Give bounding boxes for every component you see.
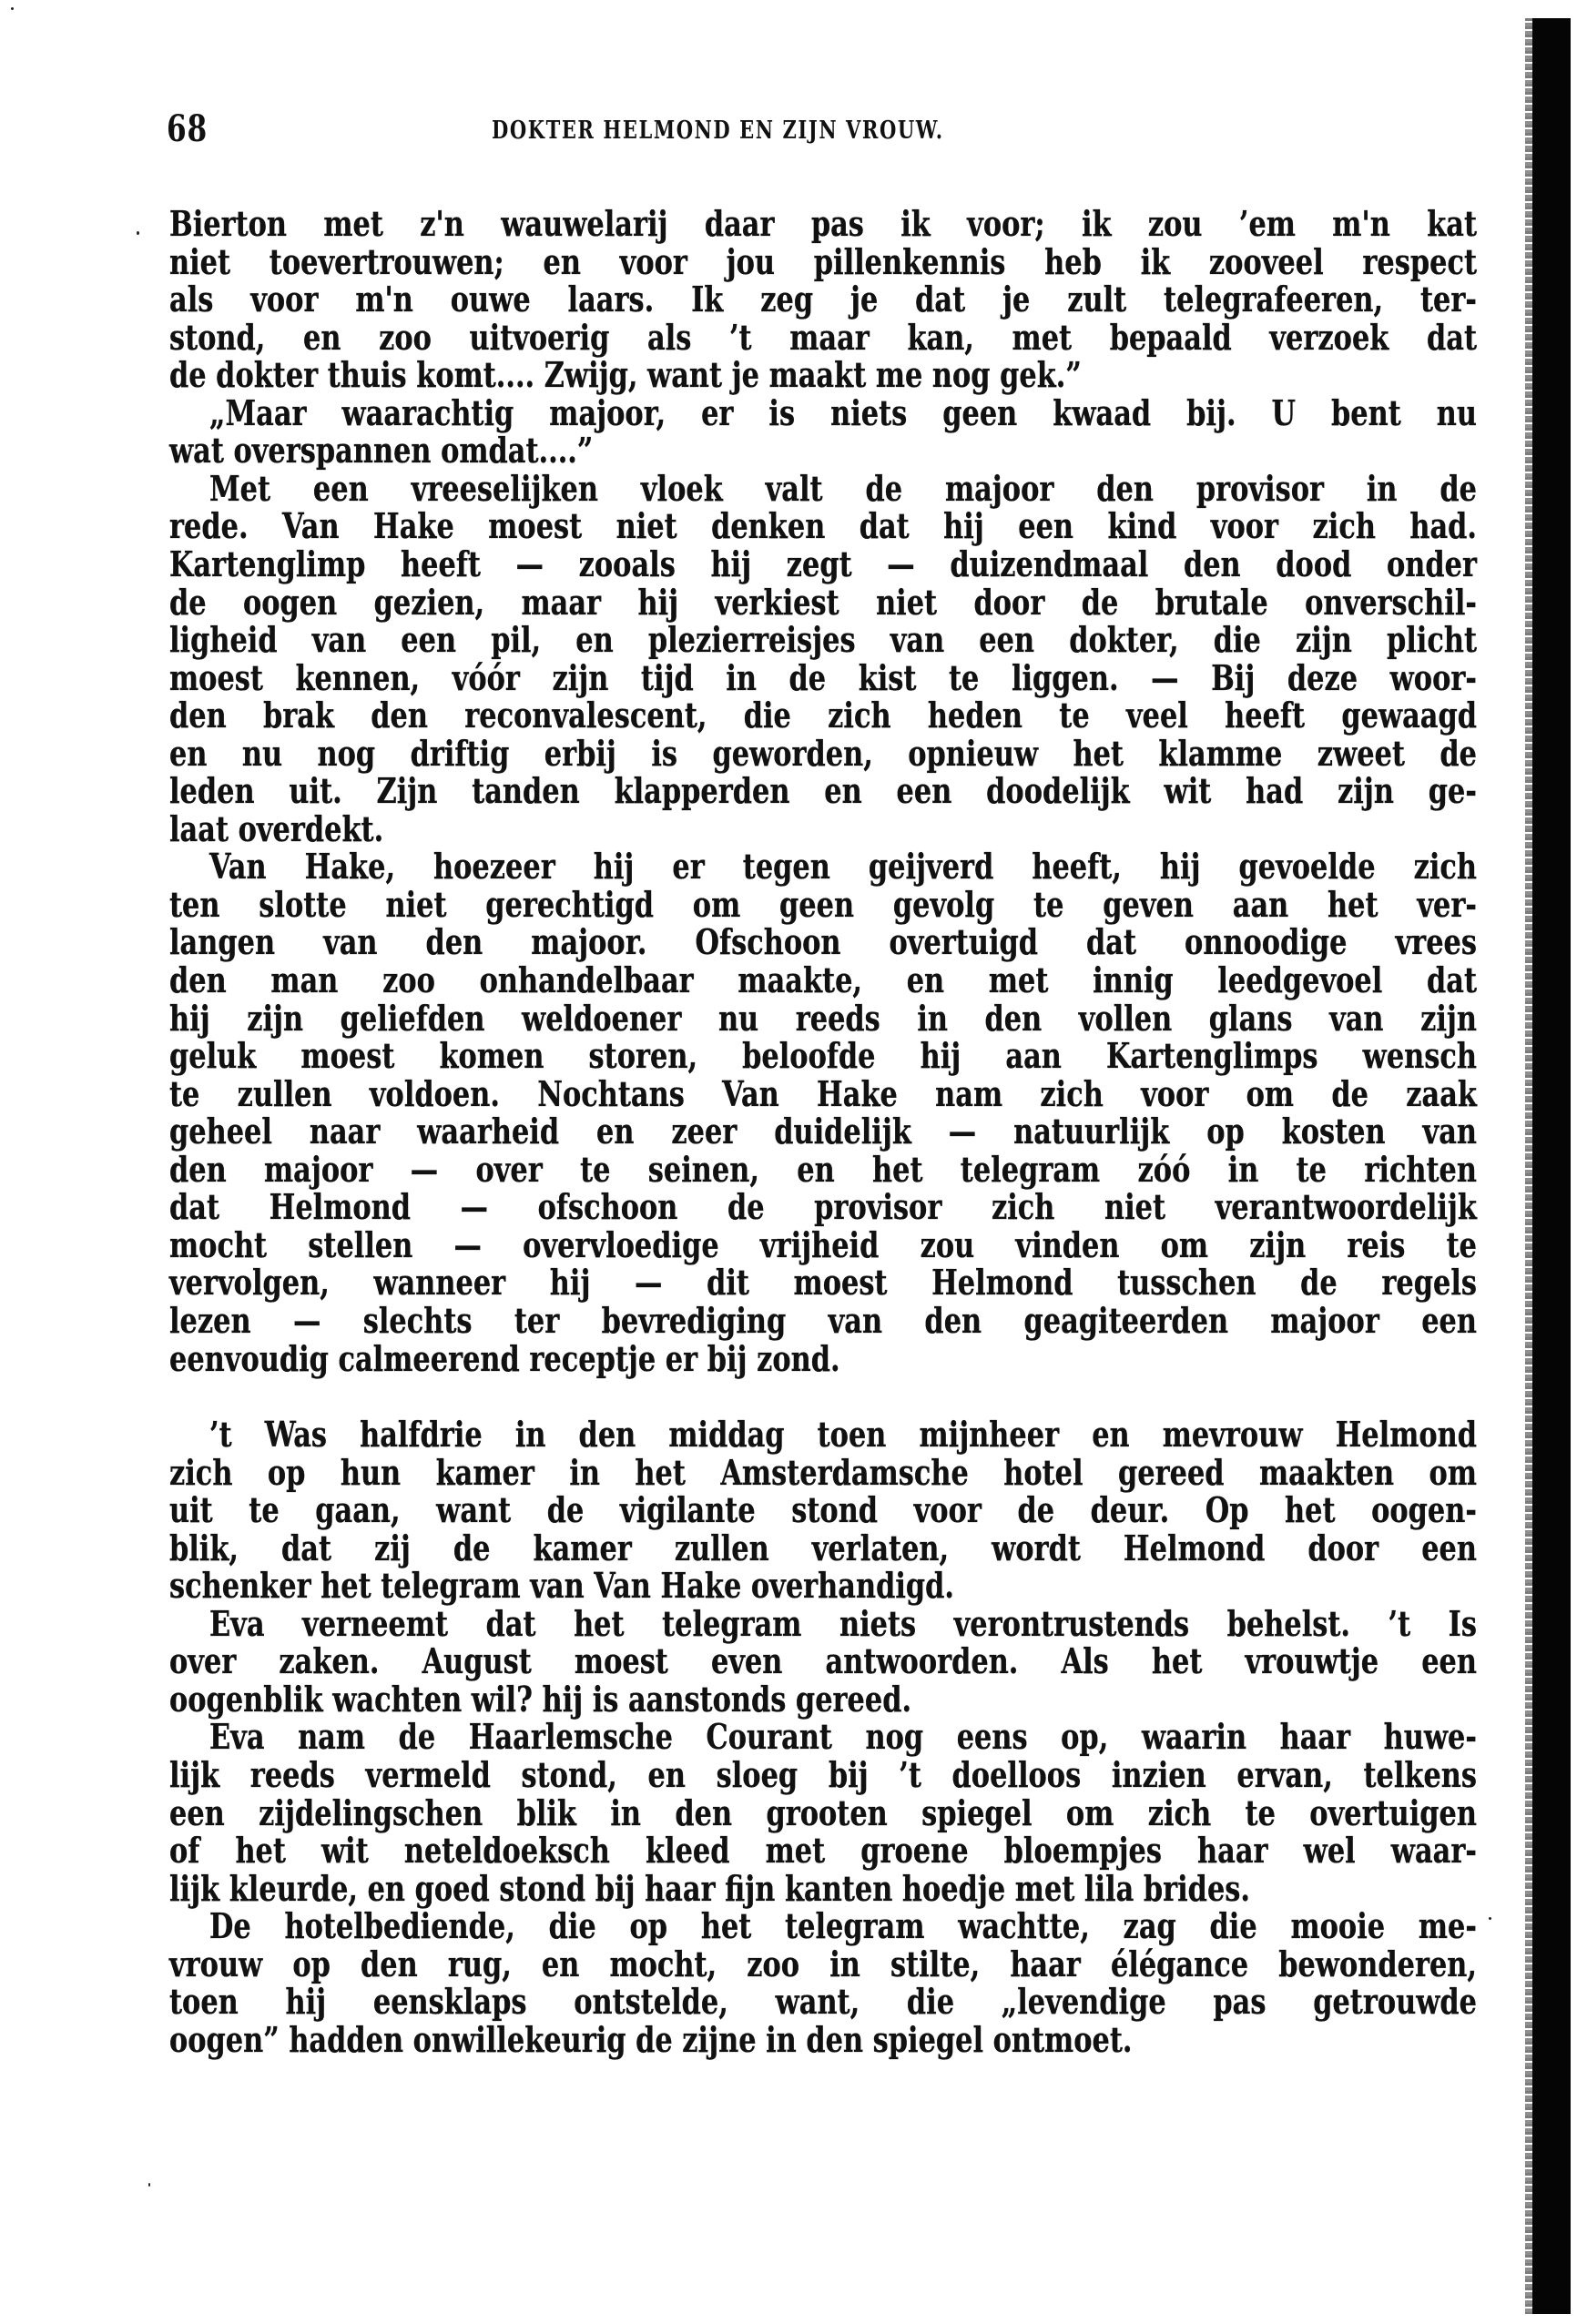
text-line: Van Hake, hoezeer hij er tegen geijverd … <box>209 847 1587 887</box>
text-line: „Maar waarachtig majoor, er is niets gee… <box>209 393 1587 433</box>
text-line: den majoor — over te seinen, en het tele… <box>169 1150 1587 1190</box>
text-line: of het wit neteldoeksch kleed met groene… <box>169 1831 1587 1871</box>
scanned-book-page: 68 DOKTER HELMOND EN ZIJN VROUW. Bierton… <box>0 0 1587 2324</box>
text-line: en nu nog driftig erbij is geworden, opn… <box>169 734 1587 774</box>
text-line: vervolgen, wanneer hij — dit moest Helmo… <box>169 1263 1587 1303</box>
text-line: Kartenglimp heeft — zooals hij zegt — du… <box>169 544 1587 584</box>
text-line: den brak den reconvalescent, die zich he… <box>169 695 1587 736</box>
text-line: Met een vreeselijken vloek valt de majoo… <box>209 469 1587 509</box>
text-line: als voor m'n ouwe laars. Ik zeg je dat j… <box>169 279 1587 320</box>
text-line: stond, en zoo uitvoerig als ’t maar kan,… <box>169 318 1587 358</box>
text-line: mocht stellen — overvloedige vrijheid zo… <box>169 1225 1587 1265</box>
text-line: over zaken. August moest even antwoorden… <box>169 1641 1587 1681</box>
text-line: vrouw op den rug, en mocht, zoo in stilt… <box>169 1944 1587 1984</box>
text-line: wat overspannen omdat....” <box>169 431 699 471</box>
text-line: Eva nam de Haarlemsche Courant nog eens … <box>209 1717 1587 1757</box>
text-line: ten slotte niet gerechtigd om geen gevol… <box>169 885 1587 925</box>
text-line: laat overdekt. <box>169 809 437 849</box>
text-line: dat Helmond — ofschoon de provisor zich … <box>169 1187 1587 1227</box>
text-line: uit te gaan, want de vigilante stond voo… <box>169 1490 1587 1530</box>
text-line: geheel naar waarheid en zeer duidelijk —… <box>169 1111 1587 1152</box>
text-line: leden uit. Zijn tanden klapperden en een… <box>169 771 1587 811</box>
text-line: Bierton met z'n wauwelarij daar pas ik v… <box>169 204 1587 244</box>
text-line: niet toevertrouwen; en voor jou pillenke… <box>169 242 1587 282</box>
text-line: hij zijn geliefden weldoener nu reeds in… <box>169 999 1587 1039</box>
text-line: lijk kleurde, en goed stond bij haar fij… <box>169 1869 1521 1909</box>
text-line: zich op hun kamer in het Amsterdamsche h… <box>169 1453 1587 1493</box>
text-line: geluk moest komen storen, beloofde hij a… <box>169 1036 1587 1076</box>
text-line: oogenblik wachten wil? hij is aanstonds … <box>169 1680 1097 1720</box>
text-line: Eva verneemt dat het telegram niets vero… <box>209 1604 1587 1644</box>
text-line: oogen” hadden onwillekeurig de zijne in … <box>169 2020 1373 2060</box>
text-line: blik, dat zij de kamer zullen verlaten, … <box>169 1528 1587 1568</box>
text-line: rede. Van Hake moest niet denken dat hij… <box>169 506 1587 546</box>
text-line: lijk reeds vermeld stond, en sloeg bij ’… <box>169 1755 1587 1795</box>
text-line: langen van den majoor. Ofschoon overtuig… <box>169 922 1587 962</box>
text-line: moest kennen, vóór zijn tijd in de kist … <box>169 658 1587 698</box>
text-line: den man zoo onhandelbaar maakte, en met … <box>169 960 1587 1000</box>
text-line: lezen — slechts ter bevrediging van den … <box>169 1301 1587 1341</box>
text-line: De hotelbediende, die op het telegram wa… <box>209 1906 1587 1946</box>
text-line: te zullen voldoen. Nochtans Van Hake nam… <box>169 1074 1587 1114</box>
text-line: schenker het telegram van Van Hake overh… <box>169 1566 1150 1606</box>
text-line: eenvoudig calmeerend receptje er bij zon… <box>169 1339 1008 1379</box>
text-line: een zijdelingschen blik in den grooten s… <box>169 1793 1587 1833</box>
text-line: de dokter thuis komt.... Zwijg, want je … <box>169 355 1309 395</box>
text-line: de oogen gezien, maar hij verkiest niet … <box>169 583 1587 623</box>
body-text: Bierton met z'n wauwelarij daar pas ik v… <box>0 0 1587 2324</box>
text-line: ligheid van een pil, en plezierreisjes v… <box>169 620 1587 660</box>
text-line: ’t Was halfdrie in den middag toen mijnh… <box>209 1415 1587 1455</box>
text-line: toen hij eensklaps ontstelde, want, die … <box>169 1982 1587 2022</box>
